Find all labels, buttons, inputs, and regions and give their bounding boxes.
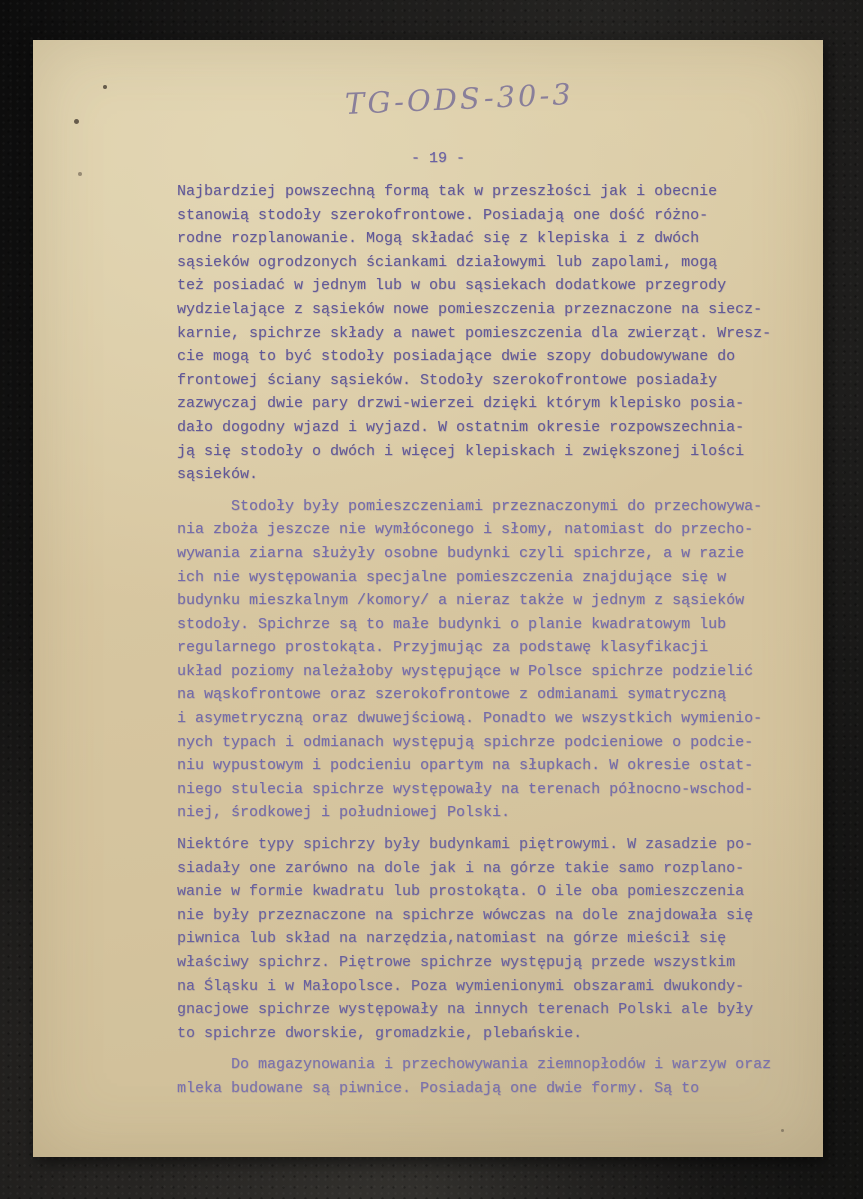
paper-speck <box>74 119 79 124</box>
document-page: TG-ODS-30-3 - 19 - Najbardziej powszechn… <box>33 40 823 1157</box>
paragraph-spichrze-pietrowe: Niektóre typy spichrzy były budynkami pi… <box>177 833 807 1045</box>
paper-speck <box>103 85 107 89</box>
typewritten-text-block: Najbardziej powszechną formą tak w przes… <box>177 180 807 1109</box>
paragraph-stodoly-szerokofrontowe: Najbardziej powszechną formą tak w przes… <box>177 180 807 487</box>
handwritten-archive-mark: TG-ODS-30-3 <box>344 77 574 121</box>
paragraph-spichrze-klasyfikacja: Stodoły były pomieszczeniami przeznaczon… <box>177 495 807 825</box>
page-number: - 19 - <box>411 150 465 167</box>
paragraph-piwnice: Do magazynowania i przechowywania ziemno… <box>177 1053 807 1100</box>
paper-speck <box>78 172 82 176</box>
paper-speck <box>781 1129 784 1132</box>
scanned-document-photo: TG-ODS-30-3 - 19 - Najbardziej powszechn… <box>0 0 863 1199</box>
